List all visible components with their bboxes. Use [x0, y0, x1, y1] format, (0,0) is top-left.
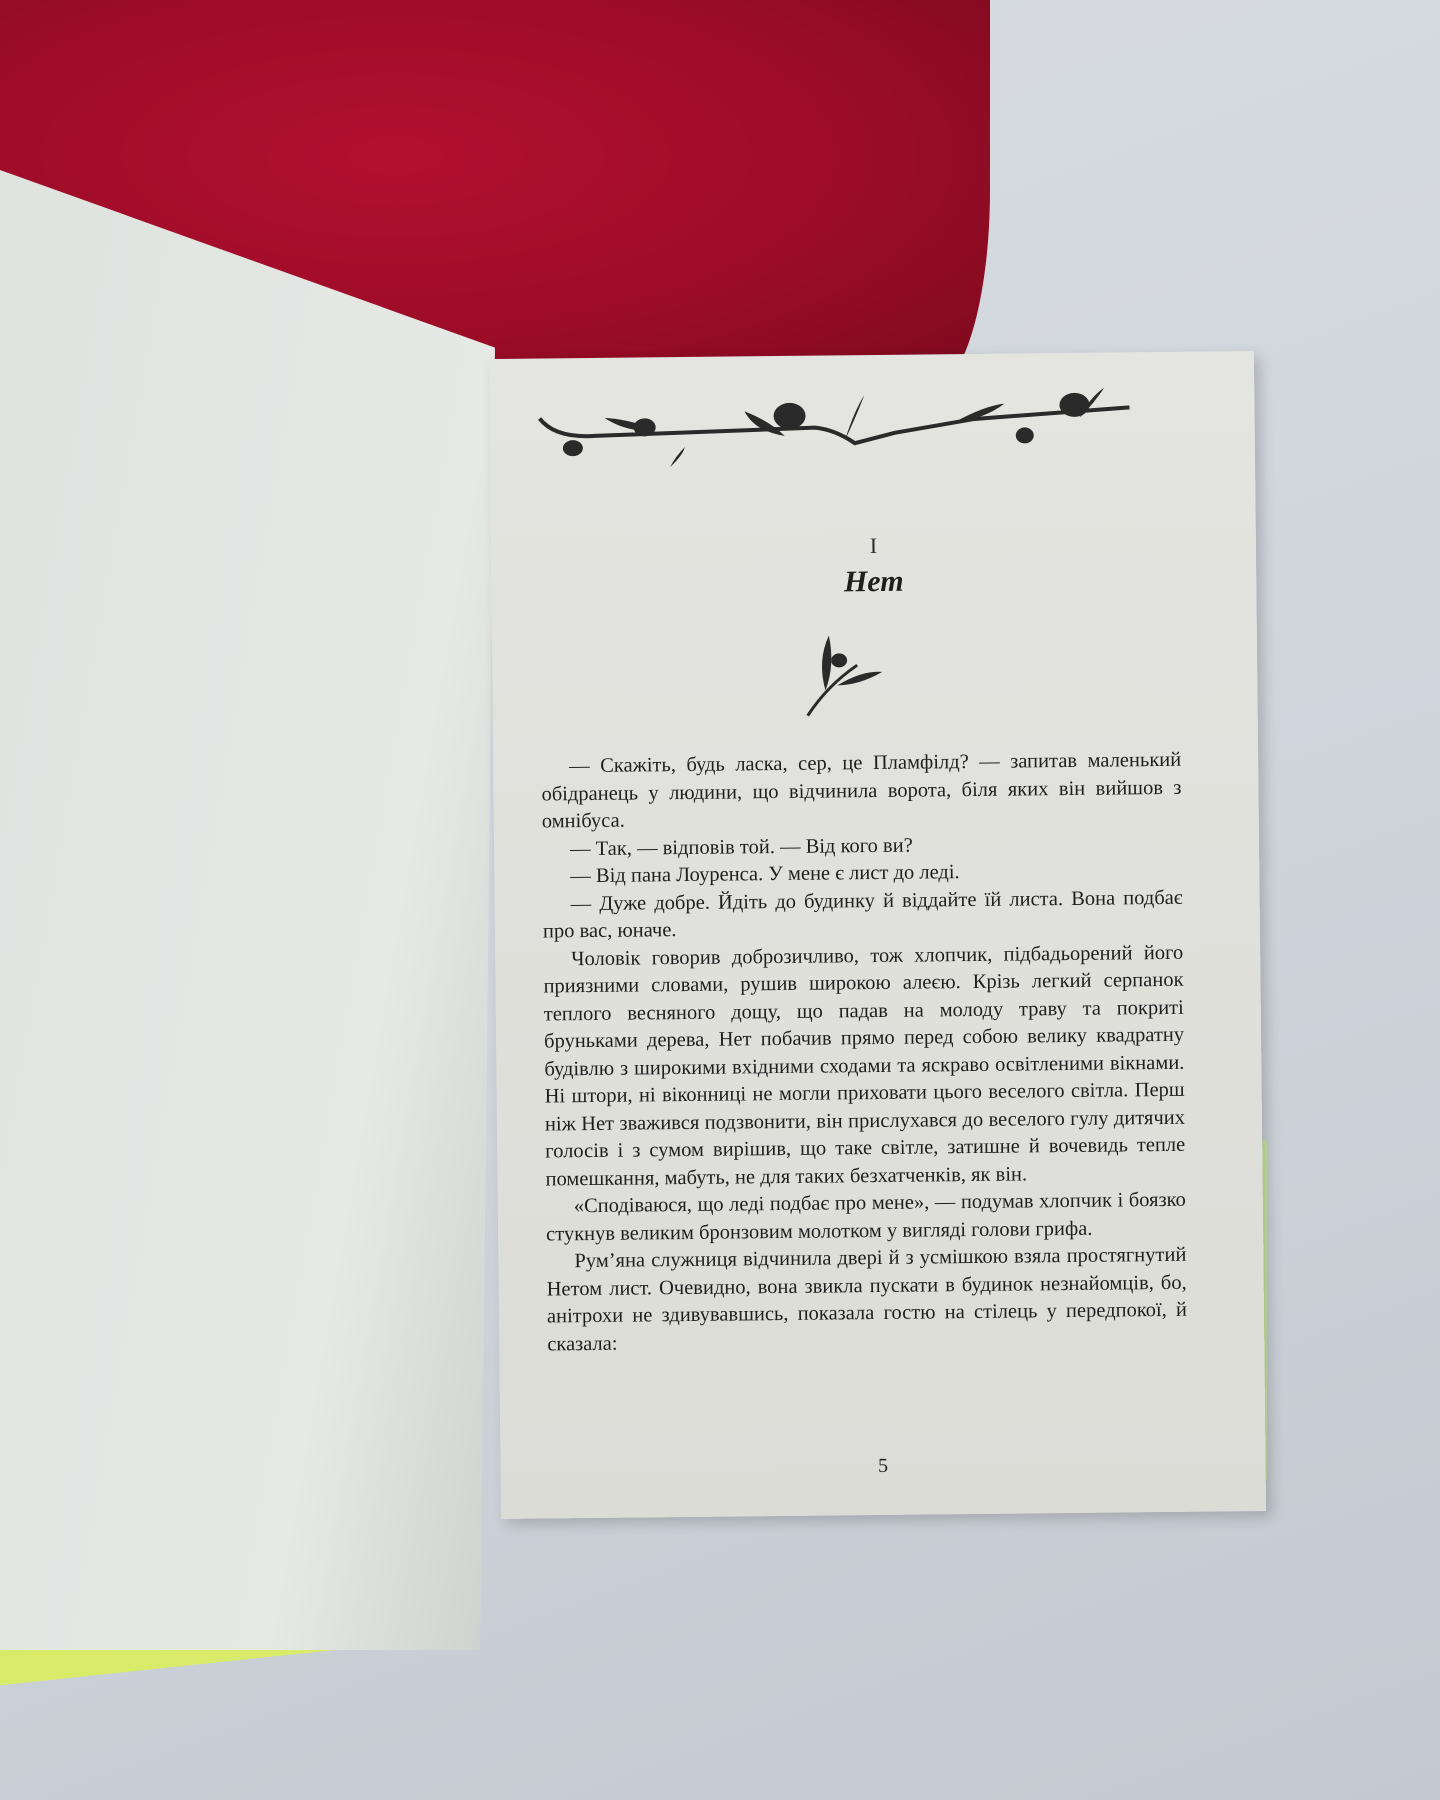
chapter-body-text: — Скажіть, будь ласка, сер, це Пламфілд?…: [541, 747, 1187, 1359]
branch-ornament-icon: [534, 382, 1135, 468]
chapter-title: Нет: [491, 561, 1256, 603]
right-book-page: I Нет — Скажіть, будь ласка, сер, це Пла…: [489, 351, 1266, 1519]
paragraph: «Сподіваюся, що леді подбає про мене», —…: [546, 1187, 1187, 1249]
page-number: 5: [500, 1451, 1265, 1482]
paragraph: — Скажіть, будь ласка, сер, це Пламфілд?…: [541, 747, 1182, 836]
chapter-number: I: [491, 529, 1256, 563]
left-blank-page: [0, 170, 495, 1650]
paragraph: Чоловік говорив доброзичливо, тож хлопчи…: [543, 939, 1186, 1193]
paragraph: Рум’яна служниця відчинила двері й з усм…: [546, 1242, 1187, 1359]
sprig-ornament-icon: [797, 630, 888, 721]
paragraph: — Дуже добре. Йдіть до будинку й віддайт…: [543, 884, 1184, 946]
